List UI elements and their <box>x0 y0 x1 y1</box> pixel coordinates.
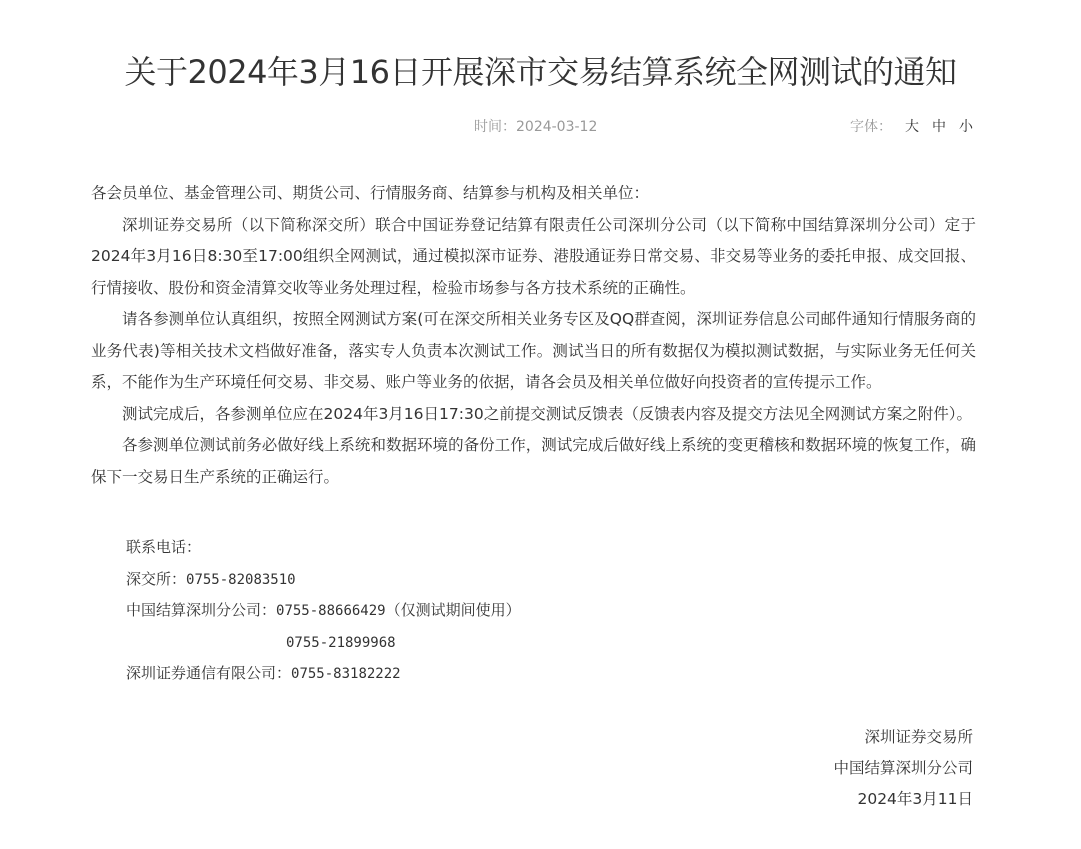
contact-row-csdc: 中国结算深圳分公司：0755-88666429（仅测试期间使用） <box>126 595 521 627</box>
font-size-selector: 字体： 大 中 小 <box>850 117 973 137</box>
contact-phone: 0755-88666429 <box>276 603 386 619</box>
page-title: 关于2024年3月16日开展深市交易结算系统全网测试的通知 <box>0 50 1081 94</box>
paragraph-preparation: 请各参测单位认真组织，按照全网测试方案(可在深交所相关业务专区及QQ群查阅，深圳… <box>91 304 976 399</box>
contact-label: 深圳证券通信有限公司： <box>126 664 291 682</box>
article-body: 各会员单位、基金管理公司、期货公司、行情服务商、结算参与机构及相关单位： 深圳证… <box>91 178 976 493</box>
signature-org-csdc: 中国结算深圳分公司 <box>833 753 973 784</box>
signature-block: 深圳证券交易所 中国结算深圳分公司 2024年3月11日 <box>833 722 973 815</box>
contact-row-csdc-alt: 0755-21899968 <box>126 627 521 659</box>
contact-phone: 0755-21899968 <box>286 635 396 651</box>
contact-note: （仅测试期间使用） <box>386 601 521 619</box>
paragraph-backup: 各参测单位测试前务必做好线上系统和数据环境的备份工作，测试完成后做好线上系统的变… <box>91 430 976 493</box>
font-size-medium-button[interactable]: 中 <box>932 117 946 137</box>
publish-time: 时间：2024-03-12 <box>474 117 597 137</box>
font-size-small-button[interactable]: 小 <box>959 117 973 137</box>
signature-org-szse: 深圳证券交易所 <box>833 722 973 753</box>
contact-row-sscc: 深圳证券通信有限公司：0755-83182222 <box>126 658 521 690</box>
contact-label: 深交所： <box>126 570 186 588</box>
paragraph-feedback: 测试完成后，各参测单位应在2024年3月16日17:30之前提交测试反馈表（反馈… <box>91 399 976 431</box>
salutation: 各会员单位、基金管理公司、期货公司、行情服务商、结算参与机构及相关单位： <box>91 178 976 210</box>
publish-time-label: 时间： <box>474 119 516 135</box>
paragraph-test-schedule: 深圳证券交易所（以下简称深交所）联合中国证券登记结算有限责任公司深圳分公司（以下… <box>91 210 976 305</box>
signature-date: 2024年3月11日 <box>833 784 973 815</box>
contact-heading: 联系电话： <box>126 532 521 564</box>
contact-label: 中国结算深圳分公司： <box>126 601 276 619</box>
contact-phone: 0755-82083510 <box>186 572 296 588</box>
contact-row-szse: 深交所：0755-82083510 <box>126 564 521 596</box>
font-size-label: 字体： <box>850 117 892 137</box>
publish-time-value: 2024-03-12 <box>516 119 597 135</box>
contact-section: 联系电话： 深交所：0755-82083510 中国结算深圳分公司：0755-8… <box>126 532 521 690</box>
font-size-large-button[interactable]: 大 <box>905 117 919 137</box>
contact-phone: 0755-83182222 <box>291 666 401 682</box>
